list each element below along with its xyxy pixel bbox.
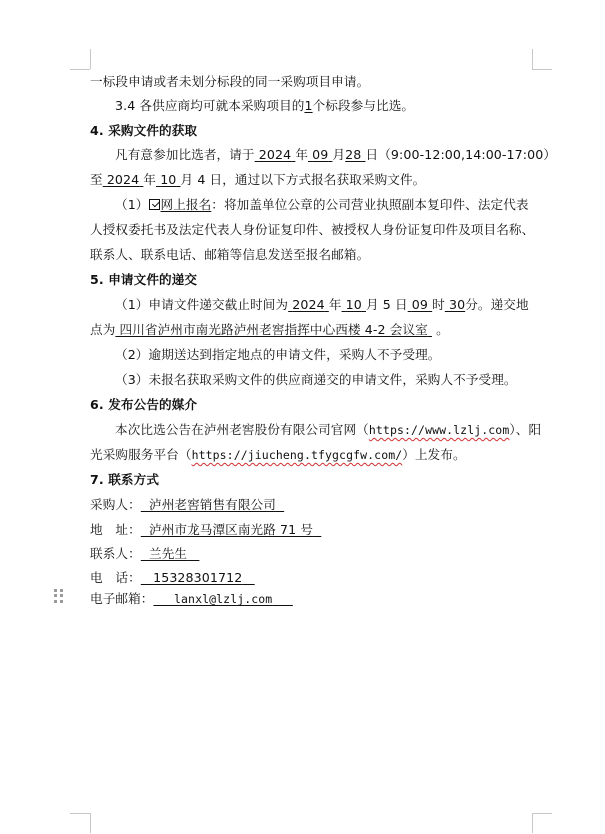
- email-link[interactable]: lanxl@lzlj.com: [174, 592, 272, 606]
- end-month: 10: [156, 172, 180, 187]
- text: 联系人、联系电话、邮箱等信息发送至报名邮箱。: [90, 247, 369, 262]
- document-page: 一标段申请或者未划分标段的同一采购项目申请。 3.4 各供应商均可就本采购项目的…: [0, 0, 605, 834]
- contact-label: 采购人：: [90, 497, 141, 512]
- paragraph-continuation: 一标段申请或者未划分标段的同一采购项目申请。: [90, 74, 369, 90]
- section-5-item-2: （2）逾期送达到指定地点的申请文件，采购人不予受理。: [115, 347, 440, 363]
- value: 28: [345, 147, 361, 162]
- text: （1）申请文件递交截止时间为: [115, 297, 288, 312]
- value: 四川省泸州市南光路泸州老窖指挥中心西楼 4-2 会议室: [120, 322, 428, 337]
- value: 2024: [107, 172, 139, 187]
- section-6-heading: 6. 发布公告的媒介: [90, 397, 197, 413]
- section-6-line-1: 本次比选公告在泸州老窖股份有限公司官网（https://www.lzlj.com…: [115, 422, 541, 438]
- section-4-item-1: （1）网上报名：将加盖单位公章的公司营业执照副本复印件、法定代表: [115, 197, 529, 213]
- text: 年: [143, 172, 156, 187]
- contact-label: 电 话：: [90, 570, 141, 585]
- text: 至: [90, 172, 103, 187]
- deadline-year: 2024: [288, 297, 329, 312]
- text: 分。递交地: [465, 297, 528, 312]
- contact-person: 联系人： 兰先生: [90, 546, 199, 562]
- value: 30: [449, 297, 465, 312]
- platform-link[interactable]: https://jiucheng.tfygcgfw.com/: [192, 448, 403, 462]
- section-4-heading: 4. 采购文件的获取: [90, 123, 197, 139]
- value: 兰先生: [149, 546, 187, 561]
- clause-text: 个标段参与比选。: [313, 98, 415, 113]
- value: 10: [346, 297, 362, 312]
- contact-phone: 电 话： 15328301712: [90, 570, 255, 586]
- website-link[interactable]: https://www.lzlj.com: [369, 423, 509, 437]
- section-7-heading: 7. 联系方式: [90, 472, 159, 488]
- text: 月: [332, 147, 345, 162]
- text: 光采购服务平台（: [90, 447, 192, 462]
- drag-handle-icon[interactable]: [54, 589, 64, 603]
- submission-location: 四川省泸州市南光路泸州老窖指挥中心西楼 4-2 会议室: [115, 322, 432, 337]
- text: 年: [329, 297, 342, 312]
- text: ）、阳: [509, 422, 541, 437]
- value: 10: [160, 172, 176, 187]
- heading-text: 7. 联系方式: [90, 472, 159, 487]
- text: 年: [295, 147, 308, 162]
- section-4-paragraph-line-1: 凡有意参加比选者，请于 2024 年 09 月28 日（9:00-12:00,1…: [115, 147, 556, 163]
- value: 2024: [292, 297, 324, 312]
- contact-address: 地 址： 泸州市龙马潭区南光路 71 号: [90, 522, 321, 538]
- contact-value: 15328301712: [141, 570, 255, 585]
- value: 09: [312, 147, 328, 162]
- value: 泸州老窖销售有限公司: [149, 497, 276, 512]
- text: 月 4 日，通过以下方式报名获取采购文件。: [181, 172, 426, 187]
- contact-label: 联系人：: [90, 546, 141, 561]
- section-5-item-1-line-2: 点为 四川省泸州市南光路泸州老窖指挥中心西楼 4-2 会议室 。: [90, 322, 449, 338]
- contact-email: 电子邮箱： lanxl@lzlj.com: [90, 591, 293, 607]
- clause-3-4: 3.4 各供应商均可就本采购项目的1个标段参与比选。: [115, 98, 414, 114]
- checked-checkbox-icon[interactable]: [149, 199, 160, 210]
- section-4-paragraph-line-2: 至 2024 年 10 月 4 日，通过以下方式报名获取采购文件。: [90, 172, 425, 188]
- continuation-text: 一标段申请或者未划分标段的同一采购项目申请。: [90, 74, 369, 89]
- text: （2）逾期送达到指定地点的申请文件，采购人不予受理。: [115, 347, 440, 362]
- start-year: 2024: [255, 147, 296, 162]
- online-registration-option[interactable]: 网上报名: [149, 197, 212, 212]
- deadline-hour: 09: [408, 297, 432, 312]
- text: （3）未报名获取采购文件的供应商递交的申请文件，采购人不予受理。: [115, 372, 517, 387]
- contact-label: 电子邮箱：: [90, 591, 153, 606]
- contact-value: 泸州老窖销售有限公司: [141, 497, 284, 512]
- text: 月 5 日: [366, 297, 408, 312]
- lot-count: 1: [304, 98, 312, 113]
- clause-text: 3.4 各供应商均可就本采购项目的: [115, 98, 304, 113]
- text: 点为: [90, 322, 115, 337]
- value: 泸州市龙马潭区南光路 71 号: [149, 522, 313, 537]
- text: 。: [436, 322, 449, 337]
- text: 人授权委托书及法定代表人身份证复印件、被授权人身份证复印件及项目名称、: [90, 222, 534, 237]
- value: 09: [412, 297, 428, 312]
- text: 日（9:00-12:00,14:00-17:00）: [366, 147, 557, 162]
- text: ：将加盖单位公章的公司营业执照副本复印件、法定代表: [211, 197, 528, 212]
- value: 15328301712: [153, 570, 242, 585]
- start-day: 28: [345, 147, 365, 162]
- contact-value: lanxl@lzlj.com: [153, 591, 292, 606]
- heading-text: 4. 采购文件的获取: [90, 123, 197, 138]
- contact-value: 兰先生: [141, 546, 200, 561]
- text: 本次比选公告在泸州老窖股份有限公司官网（: [115, 422, 369, 437]
- section-4-item-1-line-3: 联系人、联系电话、邮箱等信息发送至报名邮箱。: [90, 247, 369, 263]
- heading-text: 6. 发布公告的媒介: [90, 397, 197, 412]
- contact-value: 泸州市龙马潭区南光路 71 号: [141, 522, 322, 537]
- section-4-item-1-line-2: 人授权委托书及法定代表人身份证复印件、被授权人身份证复印件及项目名称、: [90, 222, 534, 238]
- text: ）上发布。: [402, 447, 465, 462]
- start-month: 09: [308, 147, 332, 162]
- deadline-minute: 30: [445, 297, 465, 312]
- option-label: 网上报名: [161, 197, 212, 212]
- deadline-month: 10: [342, 297, 366, 312]
- value: 2024: [259, 147, 291, 162]
- text: 凡有意参加比选者，请于: [115, 147, 255, 162]
- contact-purchaser: 采购人： 泸州老窖销售有限公司: [90, 497, 284, 513]
- section-6-line-2: 光采购服务平台（https://jiucheng.tfygcgfw.com/）上…: [90, 447, 466, 463]
- end-year: 2024: [103, 172, 144, 187]
- contact-label: 地 址：: [90, 522, 141, 537]
- item-number: （1）: [115, 197, 149, 212]
- heading-text: 5. 申请文件的递交: [90, 272, 197, 287]
- section-5-item-3: （3）未报名获取采购文件的供应商递交的申请文件，采购人不予受理。: [115, 372, 517, 388]
- section-5-heading: 5. 申请文件的递交: [90, 272, 197, 288]
- section-5-item-1: （1）申请文件递交截止时间为 2024 年 10 月 5 日 09 时 30分。…: [115, 297, 529, 313]
- text: 时: [432, 297, 445, 312]
